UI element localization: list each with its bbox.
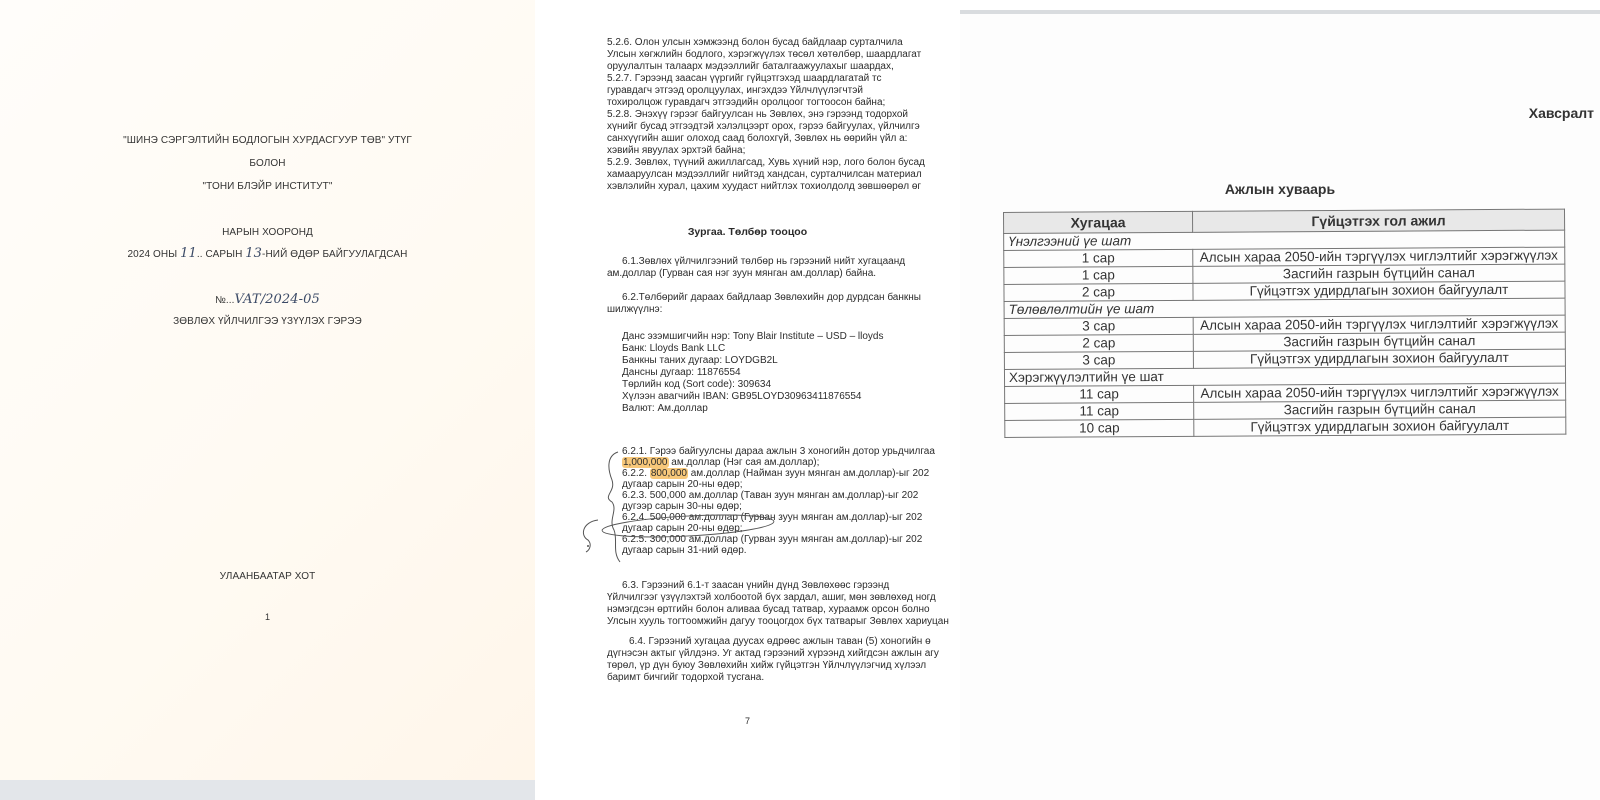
clause-5-2-line: тохиролцож гуравдагч этгээдийн оролцоог … — [607, 97, 960, 109]
clause-6-2-line2: шилжүүлнэ: — [607, 304, 960, 316]
duration-cell: 1 сар — [1004, 249, 1193, 267]
table-row: 10 сарГүйцэтгэх удирдлагын зохион байгуу… — [1005, 417, 1566, 437]
highlighted-amount-2: 800,000 — [650, 468, 688, 479]
clause-6-2-line1: 6.2.Төлбөрийг дараах байдлаар Зөвлөхийн … — [622, 292, 975, 304]
duration-cell: 3 сар — [1004, 351, 1193, 369]
handwritten-day: 13 — [245, 246, 262, 261]
cover-party-2: "ТОНИ БЛЭЙР ИНСТИТУТ" — [0, 181, 535, 192]
header-task: Гүйцэтгэх гол ажил — [1192, 209, 1564, 232]
clause-5-2-line: 5.2.8. Энэхүү гэрээг байгуулсан нь Зөвлө… — [607, 109, 960, 121]
page-number: 1 — [0, 612, 535, 622]
cover-between: НАРЫН ХООРОНД — [0, 227, 535, 238]
task-cell: Алсын хараа 2050-ийн тэргүүлэх чиглэлтий… — [1193, 247, 1565, 266]
annex-label: Хавсралт — [1529, 105, 1594, 121]
bank-detail-line: Дансны дугаар: 11876554 — [622, 367, 975, 379]
clause-6-4-line: 6.4. Гэрээний хугацаа дуусах өдрөөс ажлы… — [629, 636, 982, 648]
clause-5-2-line: хэвийн явуулах эрхтэй байна; — [607, 145, 960, 157]
clause-5-2-line: Улсын хөгжлийн бодлого, хэрэгжүүлэх төсө… — [607, 49, 960, 61]
cover-date: 2024 ОНЫ 11.. САРЫН 13-НИЙ ӨДӨР БАЙГУУЛА… — [0, 246, 535, 261]
bank-detail-line: Данс эзэмшигчийн нэр: Tony Blair Institu… — [622, 331, 975, 343]
page-top-edge — [960, 0, 1600, 14]
schedule-table: Хугацаа Гүйцэтгэх гол ажил Үнэлгээний үе… — [1003, 209, 1566, 438]
duration-cell: 11 сар — [1005, 402, 1194, 420]
clause-5-2-line: хамааруулсан мэдээллийг нийтэд хандсан, … — [607, 169, 960, 181]
installment-3-line1: 6.2.3. 500,000 ам.доллар (Таван зуун мян… — [622, 490, 975, 502]
duration-cell: 2 сар — [1004, 283, 1193, 301]
schedule-title: Ажлын хуваарь — [960, 181, 1600, 197]
duration-cell: 10 сар — [1005, 419, 1194, 437]
cover-number: №...VAT/2024-05 — [0, 292, 535, 307]
clause-6-1-line1: 6.1.Зөвлөх үйлчилгээний төлбөр нь гэрээн… — [622, 256, 975, 268]
section-title: Зургаа. Төлбөр тооцоо — [535, 226, 960, 238]
bank-detail-line: Төрлийн код (Sort code): 309634 — [622, 379, 975, 391]
installment-2-line1: 6.2.2. 800,000 ам.доллар (Найман зуун мя… — [622, 468, 975, 480]
installment-4-line2: дугаар сарын 20-ны өдөр; — [622, 523, 975, 535]
installment-1-line2: 1,000,000 ам.доллар (Нэг сая ам.доллар); — [622, 457, 975, 469]
header-duration: Хугацаа — [1004, 211, 1193, 233]
clause-6-4-line: дүгнэсэн актыг үйлдэнэ. Уг актад гэрээни… — [607, 648, 960, 660]
clause-5-2-line: хүнийг бусад этгээдтэй хэлэлцээрт орох, … — [607, 121, 960, 133]
clause-5-2-line: оруулалтын талаарх мэдээллийг баталгаажу… — [607, 61, 960, 73]
clause-6-3-line: нэмэгдсэн өртгийн болон аливаа бусад тат… — [607, 604, 960, 616]
clause-5-2-line: санхүүгийн ашиг олоход саад болохгүй, Зө… — [607, 133, 960, 145]
bank-detail-line: Валют: Ам.доллар — [622, 403, 975, 415]
number-prefix: №... — [215, 295, 234, 306]
bank-detail-line: Банкны таних дугаар: LOYDGB2L — [622, 355, 975, 367]
date-mid: САРЫН — [205, 249, 242, 260]
clause-6-4-line: баримт бичгийг тодорхой тусгана. — [607, 672, 960, 684]
task-cell: Алсын хараа 2050-ийн тэргүүлэх чиглэлтий… — [1193, 315, 1565, 334]
task-cell: Гүйцэтгэх удирдлагын зохион байгуулалт — [1194, 417, 1566, 436]
cover-party-1: "ШИНЭ СЭРГЭЛТИЙН БОДЛОГЫН ХУРДАСГУУР ТӨВ… — [0, 135, 535, 146]
installment-2-line2: дугаар сарын 20-ны өдөр; — [622, 479, 975, 491]
clause-6-3-line: Үйлчилгээг үзүүлэхтэй холбоотой бүх зард… — [607, 592, 960, 604]
clause-6-1-line2: ам.доллар (Гурван сая нэг зуун мянган ам… — [607, 268, 960, 280]
duration-cell: 3 сар — [1004, 317, 1193, 335]
page-divider — [0, 780, 535, 800]
date-suffix: -НИЙ ӨДӨР БАЙГУУЛАГДСАН — [262, 249, 407, 260]
installment-5-line1: 6.2.5. 300,000 ам.доллар (Гурван зуун мя… — [622, 534, 975, 546]
handwritten-month: 11 — [180, 246, 197, 261]
bank-detail-line: Банк: Lloyds Bank LLC — [622, 343, 975, 355]
contract-title: ЗӨВЛӨХ ҮЙЛЧИЛГЭЭ ҮЗҮҮЛЭХ ГЭРЭЭ — [0, 316, 535, 327]
bank-detail-line: Хүлээн авагчийн IBAN: GB95LOYD3096341187… — [622, 391, 975, 403]
installment-4-line1: 6.2.4. 500,000 ам.доллар (Гурван зуун мя… — [622, 512, 975, 524]
installment-1-line1: 6.2.1. Гэрээ байгуулсны дараа ажлын 3 хо… — [622, 446, 975, 458]
cover-and: БОЛОН — [0, 158, 535, 169]
clause-6-4-line: төрөл, үр дүн буюу Зөвлөхийн хийж гүйцэт… — [607, 660, 960, 672]
clause-5-2-line: 5.2.6. Олон улсын хэмжээнд болон бусад б… — [607, 37, 960, 49]
duration-cell: 2 сар — [1004, 334, 1193, 352]
clause-5-2-line: 5.2.9. Зөвлөх, түүний ажиллагсад, Хувь х… — [607, 157, 960, 169]
clause-5-2-line: хэвлэлийн хурал, цахим хуудаст нийтлэх т… — [607, 181, 960, 193]
date-prefix: 2024 ОНЫ — [128, 249, 178, 260]
clause-6-3-line: 6.3. Гэрээний 6.1-т заасан үнийн дүнд Зө… — [622, 580, 975, 592]
installment-3-line2: дугээр сарын 30-ны өдөр; — [622, 501, 975, 513]
handwritten-contract-number: VAT/2024-05 — [235, 292, 320, 307]
clause-5-2-line: 5.2.7. Гэрээнд заасан үүргийг гүйцэтгэхэ… — [607, 73, 960, 85]
clause-5-2-line: гуравдагч этгээд оролцуулах, ингэхдээ Үй… — [607, 85, 960, 97]
cover-page — [0, 0, 535, 780]
clause-6-3-line: Улсын хууль тогтоомжийн дагуу тооцогдох … — [607, 616, 960, 628]
duration-cell: 11 сар — [1005, 385, 1194, 403]
cover-city: УЛААНБААТАР ХОТ — [0, 571, 535, 582]
task-cell: Алсын хараа 2050-ийн тэргүүлэх чиглэлтий… — [1194, 383, 1566, 402]
highlighted-amount-1: 1,000,000 — [622, 457, 669, 468]
page-number: 7 — [535, 716, 960, 726]
duration-cell: 1 сар — [1004, 266, 1193, 284]
installment-5-line2: дугаар сарын 31-ний өдөр. — [622, 545, 975, 557]
